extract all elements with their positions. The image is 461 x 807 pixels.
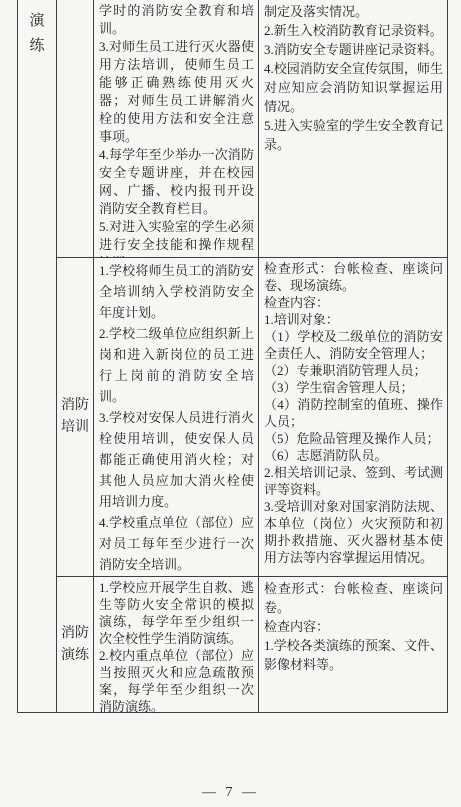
row-label-cell-empty <box>56 0 93 257</box>
cell-measures-row3: 1.学校应开展学生自救、逃生等防火安全常识的模拟演练，每学年至少组织一次全校性学… <box>93 576 258 713</box>
row-label-cell-fire-drill: 消防演练 <box>56 576 93 713</box>
page-number: — 7 — <box>0 785 461 801</box>
cell-inspection-row3: 检查形式：台帐检查、座谈问卷。 检查内容： 1.学校各类演练的预案、文件、影像材… <box>258 576 447 713</box>
row-label-text-fire-training: 消防培训 <box>60 395 90 439</box>
document-page: 演练 学时的消防安全教育和培训。 3.对师生员工进行灭火器使用方法培训，使师生员… <box>0 0 461 807</box>
row-label-text-fire-drill: 消防演练 <box>60 623 90 667</box>
fire-safety-inspection-table: 演练 学时的消防安全教育和培训。 3.对师生员工进行灭火器使用方法培训，使师生员… <box>17 0 448 713</box>
row-group-cell-drill: 演练 <box>18 0 56 713</box>
cell-inspection-row1: 制定及落实情况。 2.新生入校消防教育记录资料。 3.消防安全专题讲座记录资料。… <box>258 0 447 257</box>
row-group-label: 演练 <box>29 9 46 59</box>
cell-inspection-row2: 检查形式：台帐检查、座谈问卷、现场演练。 检查内容： 1.培训对象： （1）学校… <box>258 257 447 576</box>
cell-measures-row2: 1.学校将师生员工的消防安全培训纳入学校消防安全年度计划。 2.学校二级单位应组… <box>93 257 258 576</box>
cell-measures-row1: 学时的消防安全教育和培训。 3.对师生员工进行灭火器使用方法培训，使师生员工能够… <box>93 0 258 257</box>
row-label-cell-fire-training: 消防培训 <box>56 257 93 576</box>
